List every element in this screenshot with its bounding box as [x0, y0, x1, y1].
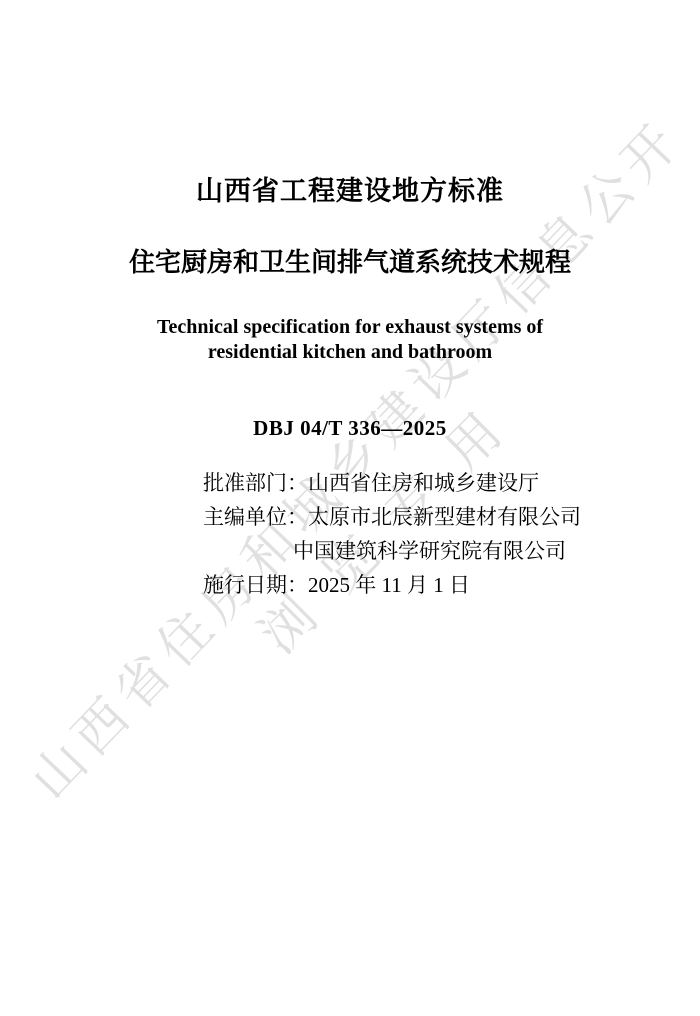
approval-block: 批准部门：山西省住房和城乡建设厅 主编单位：太原市北辰新型建材有限公司 中国建筑…	[203, 466, 581, 602]
standard-number: DBJ 04/T 336—2025	[0, 416, 700, 441]
main-title-chinese: 住宅厨房和卫生间排气道系统技术规程	[0, 242, 700, 279]
diagonal-watermark-line-1: 山西省住房和城乡建设厅信息公开	[23, 112, 693, 809]
series-title: 山西省工程建设地方标准	[0, 169, 700, 208]
approval-department-line: 批准部门：山西省住房和城乡建设厅	[203, 466, 581, 500]
chief-editing-unit-line-2: 中国建筑科学研究院有限公司	[203, 534, 581, 568]
chief-editing-unit-line: 主编单位：太原市北辰新型建材有限公司	[203, 500, 581, 534]
implementation-date-line: 施行日期：2025 年 11 月 1 日	[203, 568, 581, 602]
main-title-english-line2: residential kitchen and bathroom	[0, 340, 700, 365]
main-title-english-line1: Technical specification for exhaust syst…	[0, 315, 700, 340]
standard-cover-page: 山西省住房和城乡建设厅信息公开 浏览专用 山西省工程建设地方标准 住宅厨房和卫生…	[0, 0, 700, 1016]
main-title-english: Technical specification for exhaust syst…	[0, 315, 700, 365]
